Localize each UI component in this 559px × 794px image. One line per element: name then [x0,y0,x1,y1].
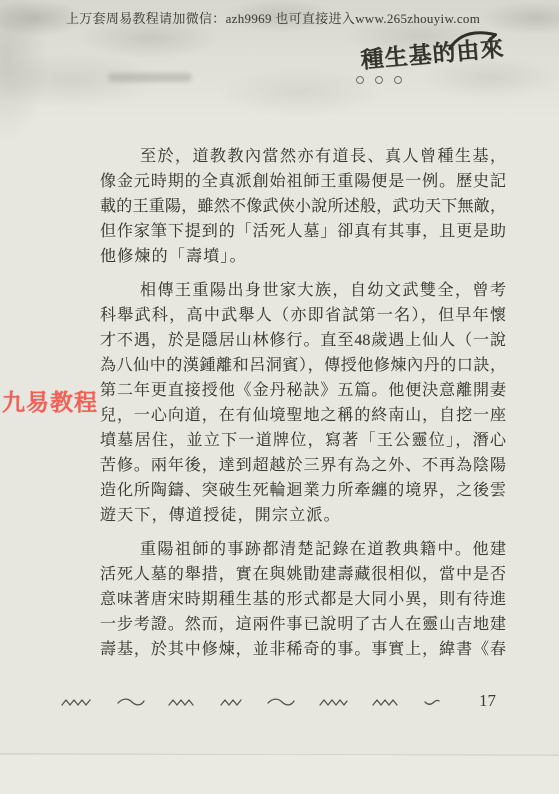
header-promo-text: 上万套周易教程请加微信：azh9969 也可直接进入www.265zhouyiw… [66,8,536,27]
text-line: 意味著唐宋時期種生基的形式都是大同小異，則有待進 [100,587,506,612]
text-line: 第二年更直接授他《金丹秘訣》五篇。他便決意離開妻 [100,378,506,403]
text-line: 苦修。兩年後，達到超越於三界有為之外、不再為陰陽 [100,453,506,478]
book-page-scan: 上万套周易教程请加微信：azh9969 也可直接进入www.265zhouyiw… [0,0,559,794]
text-line: 造化所陶鑄、突破生死輪迴業力所牽纏的境界，之後雲 [100,478,506,503]
squiggle-zigzag-icon [219,697,245,708]
squiggle-zigzag-icon [167,697,197,708]
text-line: 一步考證。然而，這兩件事已說明了古人在靈山吉地建 [100,612,506,637]
squiggle-tilde-icon [266,697,296,708]
text-line: 墳墓居住，並立下一道牌位，寫著「王公靈位」，潛心 [100,428,506,453]
chapter-title: 種生基的由來 [359,30,505,75]
page-bottom-strip [0,755,559,794]
squiggle-zigzag-icon [371,697,401,708]
text-line: 像金元時期的全真派創始祖師王重陽便是一例。歷史記 [100,169,506,194]
body-text: 至於，道教教內當然亦有道長、真人曾種生基， 像金元時期的全真派創始祖師王重陽便是… [100,144,506,671]
squiggle-tilde-icon [116,697,146,708]
dot-icon [394,76,402,84]
text-line: 他修煉的「壽墳」。 [100,244,506,269]
title-dots [356,76,402,84]
text-line: 載的王重陽，雖然不像武俠小說所述般，武功天下無敵， [100,194,506,219]
watermark-red-text: 九易教程 [2,384,98,417]
footer-squiggles [60,695,440,709]
text-line: 活死人墓的舉措，實在與姚勖建壽藏很相似，當中是否 [100,562,506,587]
squiggle-zigzag-icon [318,697,350,708]
text-line: 遊天下，傳道授徒，開宗立派。 [100,503,506,528]
text-line: 重陽祖師的事跡都清楚記錄在道教典籍中。他建 [100,537,506,562]
paragraph: 相傳王重陽出身世家大族，自幼文武雙全，曾考 科舉武科，高中武舉人（亦即省試第一名… [100,278,506,528]
text-line: 相傳王重陽出身世家大族，自幼文武雙全，曾考 [100,278,506,303]
text-line: 才不遇，於是隱居山林修行。直至48歲遇上仙人（一說 [100,328,506,353]
pencil-smudge [108,73,192,82]
text-line: 至於，道教教內當然亦有道長、真人曾種生基， [100,144,506,169]
squiggle-tilde-small-icon [423,698,440,707]
chapter-title-block: 種生基的由來 [356,26,536,96]
dot-icon [375,76,383,84]
paragraph: 至於，道教教內當然亦有道長、真人曾種生基， 像金元時期的全真派創始祖師王重陽便是… [100,144,506,269]
page-number: 17 [479,691,496,711]
squiggle-zigzag-icon [60,697,94,708]
text-line: 為八仙中的漢鍾離和呂洞賓），傳授他修煉內丹的口訣， [100,353,506,378]
text-line: 壽基，於其中修煉，並非稀奇的事。事實上，緯書《春 [100,637,506,662]
text-line: 兒，一心向道，在有仙境聖地之稱的終南山，自挖一座 [100,403,506,428]
dot-icon [356,76,364,84]
text-line: 但作家筆下提到的「活死人墓」卻真有其事，且更是助 [100,219,506,244]
paragraph: 重陽祖師的事跡都清楚記錄在道教典籍中。他建 活死人墓的舉措，實在與姚勖建壽藏很相… [100,537,506,662]
text-line: 科舉武科，高中武舉人（亦即省試第一名），但早年懷 [100,303,506,328]
